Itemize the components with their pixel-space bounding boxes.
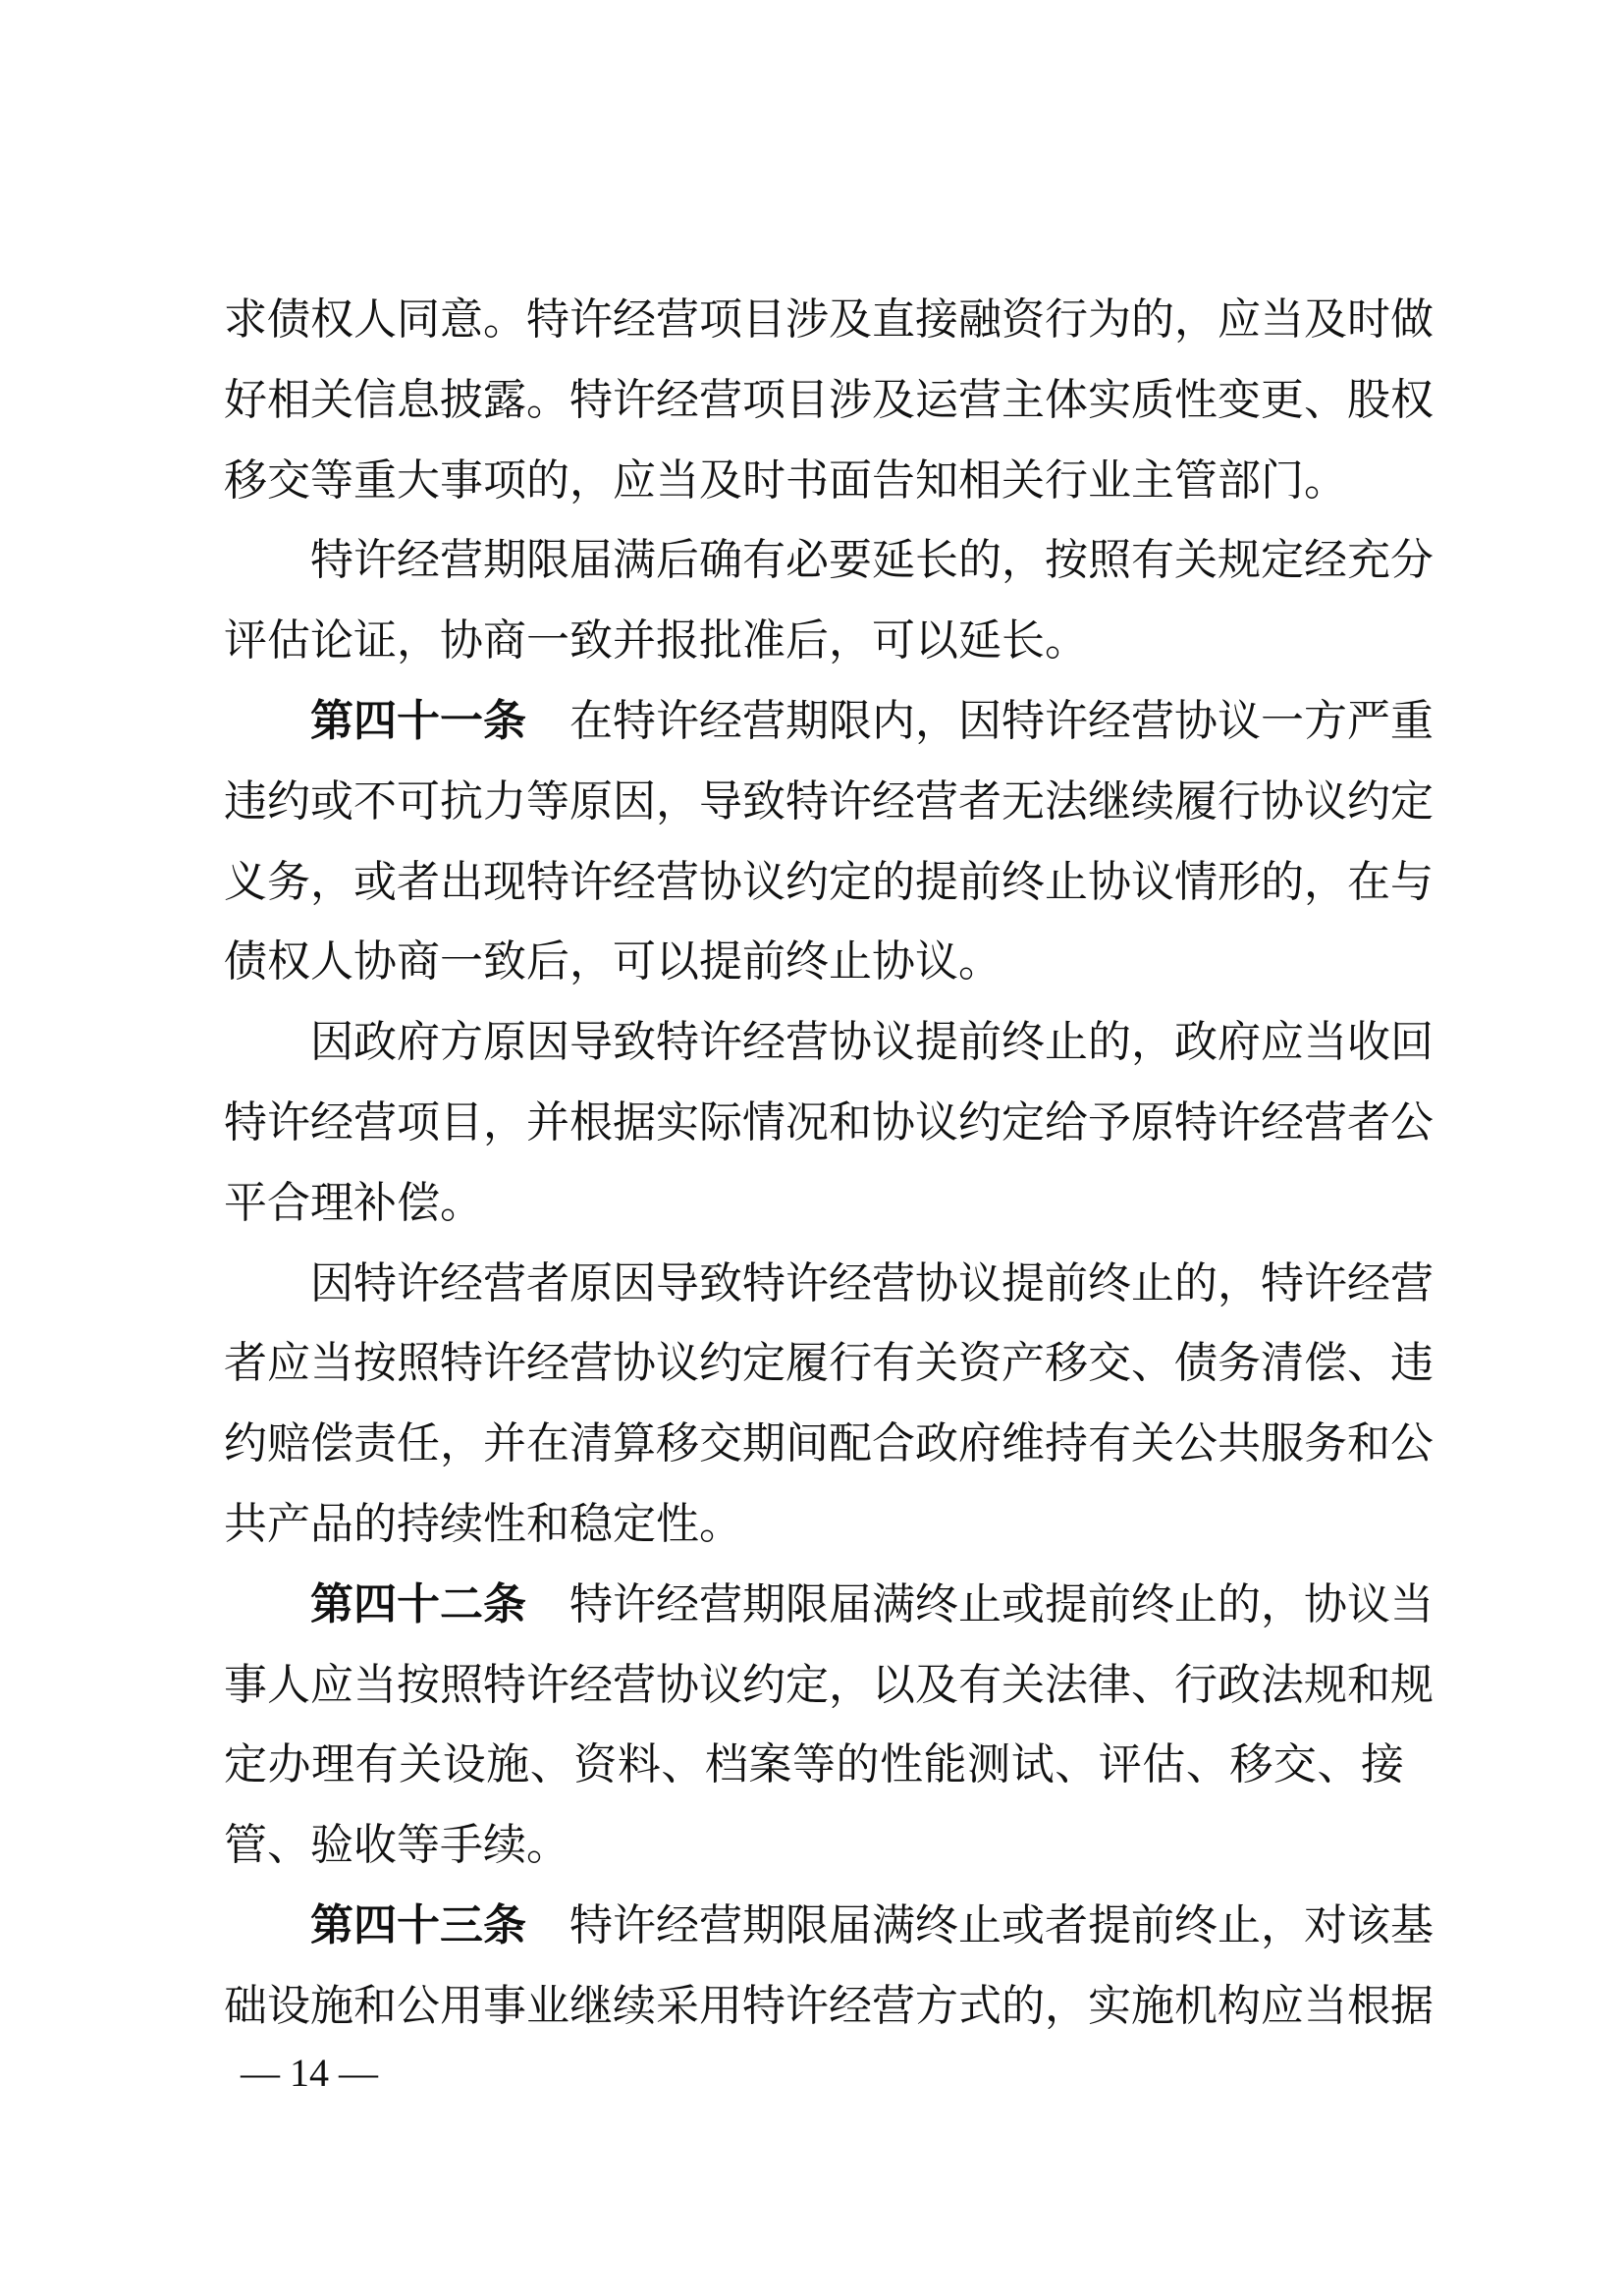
document-page: 求债权人同意。特许经营项目涉及直接融资行为的，应当及时做 好相关信息披露。特许经…: [0, 0, 1624, 2296]
text-line: 事人应当按照特许经营协议约定，以及有关法律、行政法规和规: [224, 1645, 1404, 1726]
text-line: 定办理有关设施、资料、档案等的性能测试、评估、移交、接: [224, 1725, 1404, 1805]
text-line: 在特许经营期限内，因特许经营协议一方严重: [569, 696, 1434, 746]
text-line: 评估论证，协商一致并报批准后，可以延长。: [224, 601, 1404, 681]
text-line: 移交等重大事项的，应当及时书面告知相关行业主管部门。: [224, 441, 1404, 521]
text-line: 特许经营期限届满后确有必要延长的，按照有关规定经充分: [224, 520, 1404, 601]
text-line: 约赔偿责任，并在清算移交期间配合政府维持有关公共服务和公: [224, 1404, 1404, 1484]
article-41-first-line: 第四十一条在特许经营期限内，因特许经营协议一方严重: [224, 681, 1404, 762]
text-line: 特许经营期限届满终止或者提前终止，对该基: [569, 1900, 1434, 1950]
text-line: 平合理补偿。: [224, 1163, 1404, 1244]
text-line: 特许经营项目，并根据实际情况和协议约定给予原特许经营者公: [224, 1083, 1404, 1163]
article-42-first-line: 第四十二条特许经营期限届满终止或提前终止的，协议当: [224, 1565, 1404, 1645]
text-line: 共产品的持续性和稳定性。: [224, 1484, 1404, 1565]
body-text: 求债权人同意。特许经营项目涉及直接融资行为的，应当及时做 好相关信息披露。特许经…: [224, 280, 1404, 2047]
article-43-first-line: 第四十三条特许经营期限届满终止或者提前终止，对该基: [224, 1886, 1404, 1966]
page-number: — 14 —: [241, 2050, 378, 2096]
text-line: 好相关信息披露。特许经营项目涉及运营主体实质性变更、股权: [224, 360, 1404, 441]
text-line: 管、验收等手续。: [224, 1805, 1404, 1886]
text-line: 因政府方原因导致特许经营协议提前终止的，政府应当收回: [224, 1002, 1404, 1083]
article-label: 第四十三条: [310, 1900, 526, 1950]
text-line: 础设施和公用事业继续采用特许经营方式的，实施机构应当根据: [224, 1966, 1404, 2047]
text-line: 义务，或者出现特许经营协议约定的提前终止协议情形的，在与: [224, 842, 1404, 923]
text-line: 求债权人同意。特许经营项目涉及直接融资行为的，应当及时做: [224, 280, 1404, 360]
text-line: 债权人协商一致后，可以提前终止协议。: [224, 922, 1404, 1002]
text-line: 者应当按照特许经营协议约定履行有关资产移交、债务清偿、违: [224, 1323, 1404, 1404]
text-line: 特许经营期限届满终止或提前终止的，协议当: [569, 1579, 1434, 1629]
text-line: 因特许经营者原因导致特许经营协议提前终止的，特许经营: [224, 1244, 1404, 1324]
article-label: 第四十二条: [310, 1579, 526, 1629]
text-line: 违约或不可抗力等原因，导致特许经营者无法继续履行协议约定: [224, 762, 1404, 842]
article-label: 第四十一条: [310, 696, 526, 746]
